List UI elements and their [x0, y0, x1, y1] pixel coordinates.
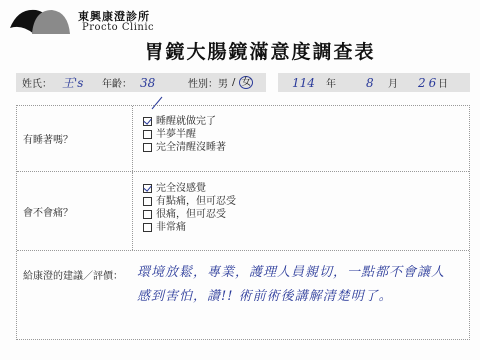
checkbox-icon[interactable] — [143, 223, 152, 232]
age-value[interactable]: 38 — [140, 76, 188, 90]
option-item[interactable]: 半夢半醒 — [143, 128, 226, 141]
gender-label: 性別： — [188, 75, 218, 90]
option-label: 非常痛 — [156, 221, 186, 234]
checkbox-checked-icon[interactable] — [143, 184, 152, 193]
page-title: 胃鏡大腸鏡滿意度調查表 — [0, 37, 480, 64]
patient-info-bar: 姓氏： 王's 年齡： 38 性別： 男 / 女 — [16, 73, 266, 92]
checkbox-checked-icon[interactable] — [143, 117, 152, 126]
name-label: 姓氏： — [22, 75, 52, 90]
comments-row: 給康澄的建議／評價： 環境放鬆，專業，護理人員親切，一點都不會讓人 感到害怕，讚… — [17, 251, 469, 340]
clinic-logo-icon — [8, 6, 70, 36]
option-item[interactable]: 有點痛，但可忍受 — [143, 195, 236, 208]
year-label: 年 — [326, 75, 366, 90]
options-list: 完全沒感覺 有點痛，但可忍受 很痛，但可忍受 非常痛 — [143, 182, 236, 234]
gender-male[interactable]: 男 — [218, 75, 228, 90]
month-value[interactable]: 8 — [366, 76, 388, 90]
option-label: 有點痛，但可忍受 — [156, 195, 236, 208]
option-item[interactable]: 睡醒就做完了 — [143, 115, 226, 128]
checkbox-icon[interactable] — [143, 197, 152, 206]
year-value[interactable]: 114 — [292, 76, 326, 90]
option-item[interactable]: 完全清醒沒睡著 — [143, 141, 226, 154]
question-row-sleep: 有睡著嗎？ 睡醒就做完了 半夢半醒 完全清醒沒睡著 — [17, 106, 469, 172]
options-list: 睡醒就做完了 半夢半醒 完全清醒沒睡著 — [143, 115, 226, 154]
age-label: 年齡： — [102, 75, 132, 90]
question-label: 有睡著嗎？ — [17, 106, 133, 171]
option-item[interactable]: 很痛，但可忍受 — [143, 208, 236, 221]
day-label: 日 — [438, 75, 448, 90]
gender-female-circled[interactable]: 女 — [239, 76, 253, 89]
comments-label: 給康澄的建議／評價： — [23, 267, 123, 282]
checkbox-icon[interactable] — [143, 143, 152, 152]
option-label: 完全沒感覺 — [156, 182, 206, 195]
option-item[interactable]: 完全沒感覺 — [143, 182, 236, 195]
option-label: 完全清醒沒睡著 — [156, 141, 226, 154]
option-label: 睡醒就做完了 — [156, 115, 216, 128]
name-value[interactable]: 王's — [62, 74, 102, 91]
option-label: 很痛，但可忍受 — [156, 208, 226, 221]
clinic-name-en: Procto Clinic — [82, 22, 154, 33]
checkbox-icon[interactable] — [143, 130, 152, 139]
checkbox-icon[interactable] — [143, 210, 152, 219]
month-label: 月 — [388, 75, 418, 90]
day-value[interactable]: 26 — [418, 76, 438, 90]
question-row-pain: 會不會痛？ 完全沒感覺 有點痛，但可忍受 很痛，但可忍受 非常痛 — [17, 172, 469, 251]
gender-separator: / — [232, 77, 235, 88]
comment-line-2[interactable]: 感到害怕，讚!! 術前術後講解清楚明了。 — [137, 285, 393, 304]
date-bar: 114 年 8 月 26 日 — [278, 73, 470, 92]
survey-table: 有睡著嗎？ 睡醒就做完了 半夢半醒 完全清醒沒睡著 會不會痛？ 完全沒感覺 有點… — [16, 105, 470, 340]
comment-line-1[interactable]: 環境放鬆，專業，護理人員親切，一點都不會讓人 — [137, 261, 445, 280]
question-label: 會不會痛？ — [17, 172, 133, 250]
option-item[interactable]: 非常痛 — [143, 221, 236, 234]
option-label: 半夢半醒 — [156, 128, 196, 141]
